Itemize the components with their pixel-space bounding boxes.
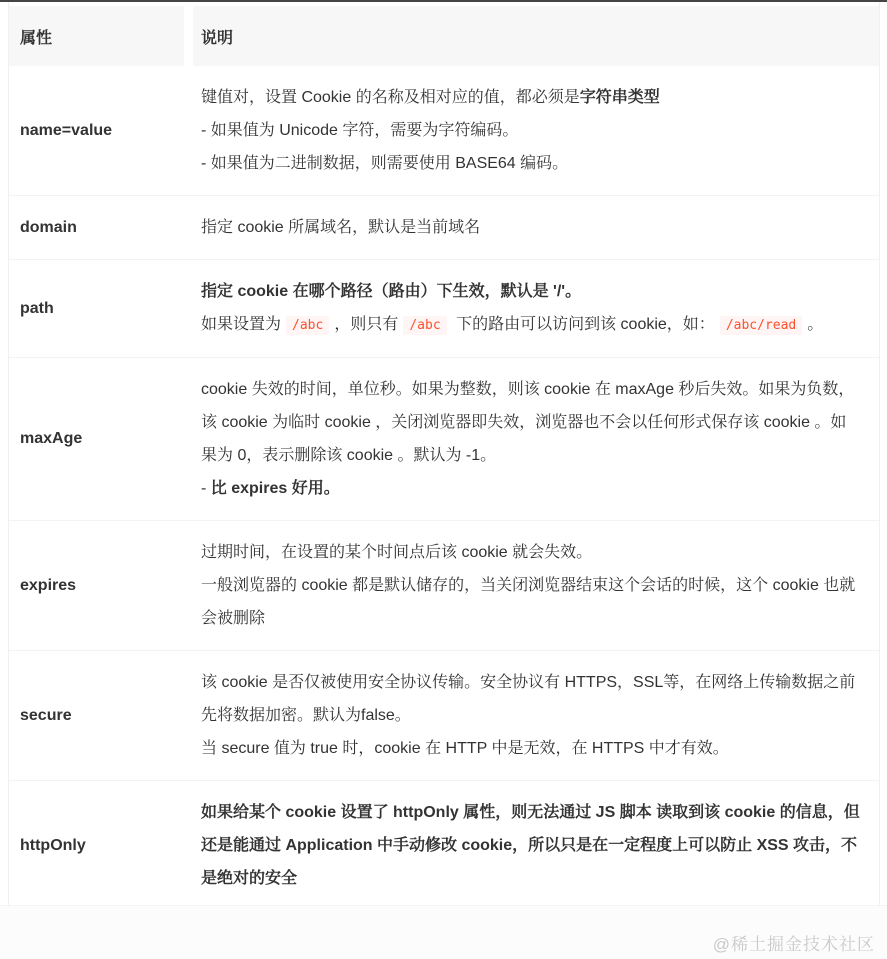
description-line: 指定 cookie 所属域名，默认是当前域名 xyxy=(201,211,861,244)
table-row: path指定 cookie 在哪个路径（路由）下生效，默认是 '/'。如果设置为… xyxy=(9,259,879,357)
attribute-name: expires xyxy=(9,577,193,595)
description-text: 指定 cookie 在哪个路径（路由）下生效，默认是 '/'。 xyxy=(201,283,581,300)
table-row: domain指定 cookie 所属域名，默认是当前域名 xyxy=(9,195,879,259)
description-text: 比 expires 好用。 xyxy=(211,480,340,497)
footer-strip: @稀土掘金技术社区 xyxy=(0,905,887,959)
description-line: 如果给某个 cookie 设置了 httpOnly 属性，则无法通过 JS 脚本… xyxy=(201,796,861,895)
table-row: expires过期时间，在设置的某个时间点后该 cookie 就会失效。一般浏览… xyxy=(9,520,879,650)
attribute-description: 过期时间，在设置的某个时间点后该 cookie 就会失效。一般浏览器的 cook… xyxy=(193,521,879,650)
description-text: 如果给某个 cookie 设置了 httpOnly 属性，则无法通过 JS 脚本… xyxy=(201,804,860,887)
description-line: 该 cookie 是否仅被使用安全协议传输。安全协议有 HTTPS，SSL等，在… xyxy=(201,666,861,732)
description-line: - 如果值为二进制数据，则需要使用 BASE64 编码。 xyxy=(201,147,861,180)
description-text: - 如果值为 Unicode 字符，需要为字符编码。 xyxy=(201,122,518,139)
description-text: - 如果值为二进制数据，则需要使用 BASE64 编码。 xyxy=(201,155,568,172)
description-text: 指定 cookie 所属域名，默认是当前域名 xyxy=(201,219,480,236)
description-line: 一般浏览器的 cookie 都是默认储存的，当关闭浏览器结束这个会话的时候，这个… xyxy=(201,569,861,635)
table-row: httpOnly如果给某个 cookie 设置了 httpOnly 属性，则无法… xyxy=(9,780,879,910)
attribute-description: 如果给某个 cookie 设置了 httpOnly 属性，则无法通过 JS 脚本… xyxy=(193,781,879,910)
description-text: - xyxy=(201,480,211,497)
description-line: - 如果值为 Unicode 字符，需要为字符编码。 xyxy=(201,114,861,147)
table-row: secure该 cookie 是否仅被使用安全协议传输。安全协议有 HTTPS，… xyxy=(9,650,879,780)
table-header-row: 属性 说明 xyxy=(9,2,879,66)
description-line: 过期时间，在设置的某个时间点后该 cookie 就会失效。 xyxy=(201,536,861,569)
attribute-name: domain xyxy=(9,219,193,237)
description-line: 如果设置为/abc，则只有/abc 下的路由可以访问到该 cookie，如：/a… xyxy=(201,308,861,342)
attribute-description: 指定 cookie 所属域名，默认是当前域名 xyxy=(193,196,879,259)
description-text: 下的路由可以访问到该 cookie，如： xyxy=(452,316,715,333)
attribute-description: cookie 失效的时间，单位秒。如果为整数，则该 cookie 在 maxAg… xyxy=(193,358,879,520)
table-row: maxAgecookie 失效的时间，单位秒。如果为整数，则该 cookie 在… xyxy=(9,357,879,520)
description-text: 字符串类型 xyxy=(580,89,660,106)
attribute-name: secure xyxy=(9,707,193,725)
description-line: cookie 失效的时间，单位秒。如果为整数，则该 cookie 在 maxAg… xyxy=(201,373,861,472)
attribute-description: 指定 cookie 在哪个路径（路由）下生效，默认是 '/'。如果设置为/abc… xyxy=(193,260,879,357)
attribute-name: name=value xyxy=(9,122,193,140)
description-text: cookie 失效的时间，单位秒。如果为整数，则该 cookie 在 maxAg… xyxy=(201,381,854,464)
description-text: 一般浏览器的 cookie 都是默认储存的，当关闭浏览器结束这个会话的时候，这个… xyxy=(201,577,855,627)
attribute-name: path xyxy=(9,300,193,318)
table-body: name=value键值对，设置 Cookie 的名称及相对应的值，都必须是字符… xyxy=(9,66,879,910)
description-text: 当 secure 值为 true 时，cookie 在 HTTP 中是无效，在 … xyxy=(201,740,729,757)
description-line: 当 secure 值为 true 时，cookie 在 HTTP 中是无效，在 … xyxy=(201,732,861,765)
column-header-description: 说明 xyxy=(193,6,879,66)
description-line: 指定 cookie 在哪个路径（路由）下生效，默认是 '/'。 xyxy=(201,275,861,308)
attribute-description: 该 cookie 是否仅被使用安全协议传输。安全协议有 HTTPS，SSL等，在… xyxy=(193,651,879,780)
description-text: 键值对，设置 Cookie 的名称及相对应的值，都必须是 xyxy=(201,89,580,106)
watermark: @稀土掘金技术社区 xyxy=(713,930,875,955)
attribute-name: maxAge xyxy=(9,430,193,448)
description-line: - 比 expires 好用。 xyxy=(201,472,861,505)
description-text: 过期时间，在设置的某个时间点后该 cookie 就会失效。 xyxy=(201,544,592,561)
attribute-description: 键值对，设置 Cookie 的名称及相对应的值，都必须是字符串类型- 如果值为 … xyxy=(193,66,879,195)
description-text: 。 xyxy=(807,316,823,333)
table-row: name=value键值对，设置 Cookie 的名称及相对应的值，都必须是字符… xyxy=(9,66,879,195)
description-text: ，则只有 xyxy=(334,316,398,333)
description-text: 如果设置为 xyxy=(201,316,281,333)
description-text: 该 cookie 是否仅被使用安全协议传输。安全协议有 HTTPS，SSL等，在… xyxy=(201,674,855,724)
inline-code: /abc/read xyxy=(720,316,802,335)
inline-code: /abc xyxy=(286,316,329,335)
attribute-name: httpOnly xyxy=(9,837,193,855)
column-header-attribute: 属性 xyxy=(9,6,184,66)
description-line: 键值对，设置 Cookie 的名称及相对应的值，都必须是字符串类型 xyxy=(201,81,861,114)
inline-code: /abc xyxy=(403,316,446,335)
cookie-attributes-table: 属性 说明 name=value键值对，设置 Cookie 的名称及相对应的值，… xyxy=(8,2,880,910)
